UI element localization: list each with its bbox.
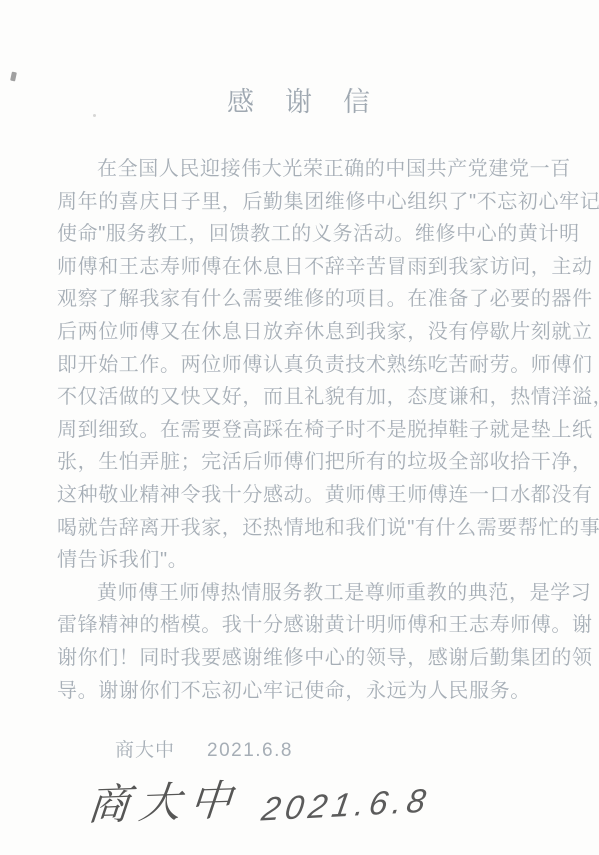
letter-line: 后两位师傅又在休息日放弃休息到我家，没有停歇片刻就立 [57, 316, 552, 349]
typed-signature-name: 商大中 [115, 740, 175, 761]
letter-line: 周年的喜庆日子里，后勤集团维修中心组织了"不忘初心牢记 [57, 186, 552, 219]
letter-line: 周到细致。在需要登高踩在椅子时不是脱掉鞋子就是垫上纸 [57, 414, 552, 447]
letter-line: 张，生怕弄脏；完活后师傅们把所有的垃圾全部收拾干净， [57, 446, 552, 479]
letter-line: 情告诉我们"。 [57, 544, 552, 577]
letter-line: 师傅和王志寿师傅在休息日不辞辛苦冒雨到我家访问，主动 [57, 251, 552, 284]
letter-line: 即开始工作。两位师傅认真负责技术熟练吃苦耐劳。师傅们 [57, 349, 552, 382]
handwritten-signature-date: 2021.6.8 [259, 781, 433, 828]
letter-line: 使命"服务教工，回馈教工的义务活动。维修中心的黄计明 [57, 218, 552, 251]
letter-line: 观察了解我家有什么需要维修的项目。在准备了必要的器件 [57, 283, 552, 316]
letter-line: 在全国人民迎接伟大光荣正确的中国共产党建党一百 [57, 153, 552, 186]
letter-paragraph-2: 黄师傅王师傅热情服务教工是尊师重教的典范，是学习雷锋精神的楷模。我十分感谢黄计明… [57, 577, 552, 707]
letter-paragraph-1: 在全国人民迎接伟大光荣正确的中国共产党建党一百周年的喜庆日子里，后勤集团维修中心… [57, 153, 552, 577]
typed-signature: 商大中2021.6.8 [115, 735, 293, 762]
letter-line: 喝就告辞离开我家，还热情地和我们说"有什么需要帮忙的事 [57, 512, 552, 545]
typed-signature-date: 2021.6.8 [207, 740, 293, 761]
letter-body: 在全国人民迎接伟大光荣正确的中国共产党建党一百周年的喜庆日子里，后勤集团维修中心… [57, 153, 552, 707]
letter-line: 导。谢谢你们不忘初心牢记使命，永远为人民服务。 [57, 675, 552, 708]
handwritten-signature-name: 商大中 [85, 767, 243, 833]
letter-line: 不仅活做的又快又好，而且礼貌有加，态度谦和，热情洋溢， [57, 381, 552, 414]
scanned-letter-page: 感 谢 信 在全国人民迎接伟大光荣正确的中国共产党建党一百周年的喜庆日子里，后勤… [0, 0, 599, 855]
letter-line: 黄师傅王师傅热情服务教工是尊师重教的典范，是学习 [57, 577, 552, 610]
letter-title: 感 谢 信 [0, 80, 599, 119]
letter-line: 雷锋精神的楷模。我十分感谢黄计明师傅和王志寿师傅。谢 [57, 609, 552, 642]
letter-line: 谢你们！同时我要感谢维修中心的领导，感谢后勤集团的领 [57, 642, 552, 675]
letter-line: 这种敬业精神令我十分感动。黄师傅王师傅连一口水都没有 [57, 479, 552, 512]
